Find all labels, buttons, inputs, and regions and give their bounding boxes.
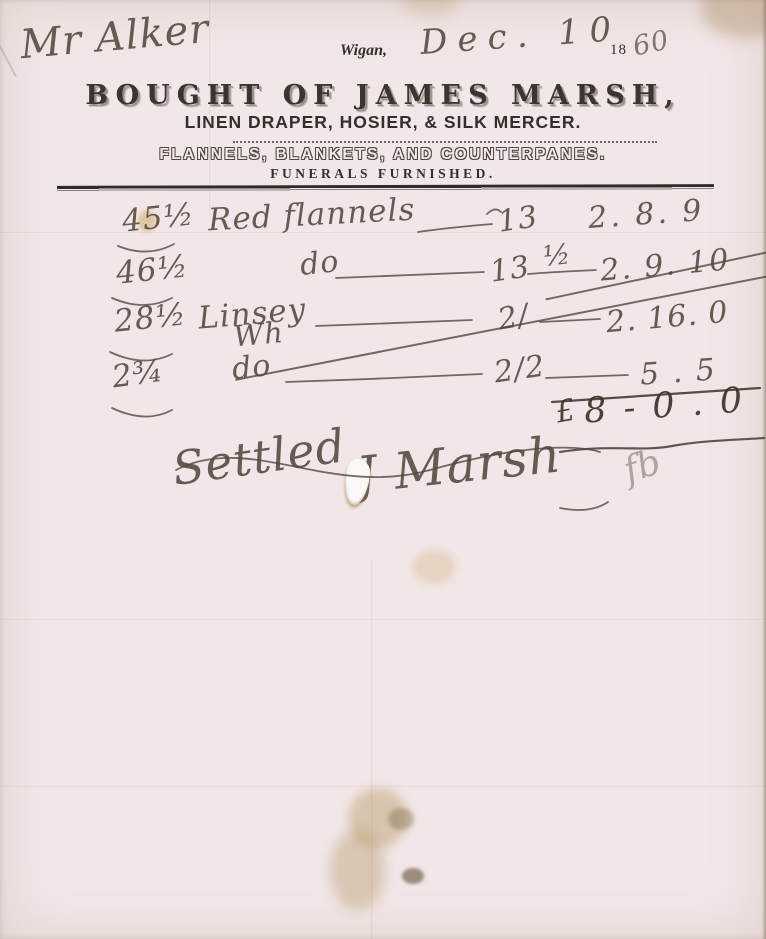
pencil-note: fb xyxy=(619,441,666,491)
row4-dash-line-2 xyxy=(546,375,628,378)
item-qty: 2¾ xyxy=(110,353,166,396)
row4-dash-line xyxy=(286,374,482,382)
qty4-flourish xyxy=(112,408,172,417)
fold-line-horizontal-2 xyxy=(0,619,766,621)
item-rate: 2/2 xyxy=(492,349,548,391)
billhead-subtitle: LINEN DRAPER, HOSIER, & SILK MERCER. xyxy=(0,112,766,133)
item-qty: 46½ xyxy=(114,248,190,291)
item-desc: Red flannels xyxy=(207,192,416,239)
signature-tail xyxy=(560,502,608,510)
item-qty: 28½ xyxy=(112,296,188,339)
row1-dash-line xyxy=(418,224,492,232)
fold-line-horizontal-3 xyxy=(0,786,766,788)
billhead-funerals-line: FUNERALS FURNISHED. xyxy=(0,166,766,182)
crease-right-edge xyxy=(762,0,766,939)
total-flourish xyxy=(560,438,764,452)
item-desc: do xyxy=(230,348,273,387)
year-handwritten: 60 xyxy=(630,25,672,63)
stain-bottom-speckle xyxy=(388,808,414,830)
settled-note: Settled xyxy=(169,418,349,496)
row2-dash-line xyxy=(336,272,484,278)
billhead-wavy-rule xyxy=(233,138,657,143)
stain-top-right-corner xyxy=(700,0,766,38)
item-rate: 13 xyxy=(496,199,541,239)
stain-bottom-large-upper xyxy=(348,788,408,848)
stain-bottom-large-lower xyxy=(330,830,385,910)
item-desc: do xyxy=(298,244,341,283)
stain-top-center xyxy=(400,0,460,16)
stain-bottom-dark-dot xyxy=(402,868,424,884)
customer-name: Mr Alker xyxy=(18,6,211,68)
item-qty: 45½ xyxy=(120,196,196,239)
stain-middle-small xyxy=(412,550,456,584)
billhead-title: BOUGHT OF JAMES MARSH, xyxy=(0,80,766,111)
item-rate: 13 xyxy=(488,249,533,289)
invoice-document: Mr Alker Wigan, Dec. 10 18 60 BOUGHT OF … xyxy=(0,0,766,939)
crease-top-left xyxy=(0,0,17,77)
item-rate: 2/ xyxy=(495,298,532,338)
fold-line-vertical-2 xyxy=(371,560,373,939)
place-label: Wigan, xyxy=(340,42,387,60)
total-amount: 8 - 0 . 0 xyxy=(583,380,747,431)
merchant-signature: J Marsh xyxy=(354,425,565,504)
billhead-main-rule xyxy=(57,184,714,192)
billhead-services-line: FLANNELS, BLANKETS, AND COUNTERPANES. xyxy=(0,146,766,164)
year-prefix: 18 xyxy=(610,42,627,59)
date-handwritten: Dec. 10 xyxy=(419,9,623,63)
